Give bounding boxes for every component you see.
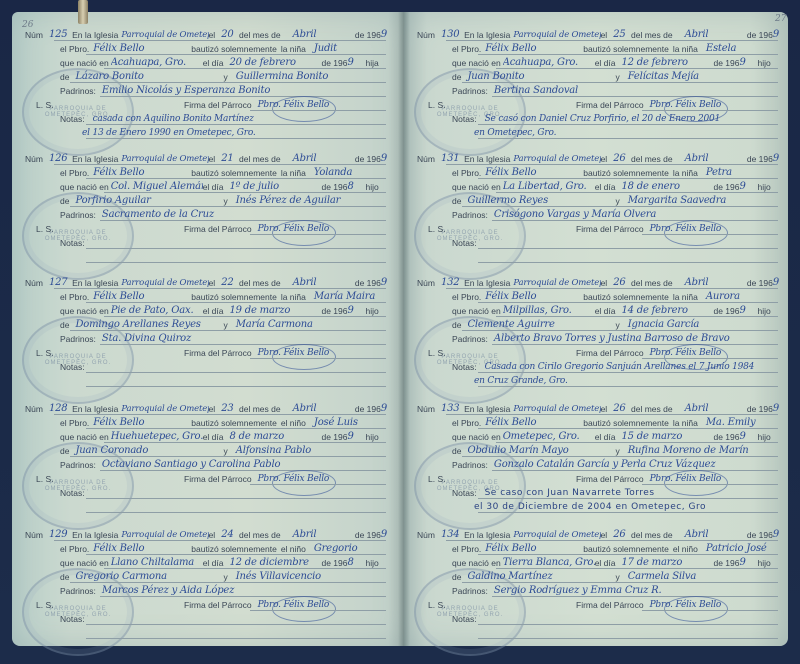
godparents-label: Padrinos:: [60, 210, 96, 220]
ruled-line: [86, 124, 386, 125]
baptized-label: bautizó solemnemente: [191, 168, 277, 178]
ruled-line: [642, 610, 778, 611]
child-gender: la niña: [281, 168, 306, 178]
day-prefix-label: el: [209, 154, 216, 164]
father-name: Porfirio Aguilar: [75, 195, 223, 206]
baptism-year-digit: 9: [381, 277, 387, 288]
father-name: Obdulio Marín Mayo: [467, 445, 615, 456]
mother-name: Margarita Saavedra: [628, 195, 726, 206]
ls-label: L. S.: [36, 224, 184, 234]
born-in-label: que nació en: [60, 306, 109, 316]
father-name: Juan Bonito: [467, 71, 615, 82]
notes-line-1: Casada con Cirilo Gregorio Sanjuán Arell…: [485, 362, 755, 372]
num-label: Núm: [417, 278, 435, 288]
baptism-month: Abril: [685, 277, 747, 288]
ruled-line: [86, 178, 386, 179]
year-label: de 196: [355, 278, 381, 288]
parents-y-label: y: [223, 72, 227, 82]
church-name: Parroquial de Ometepec: [121, 154, 208, 164]
year-label: de 196: [747, 404, 773, 414]
signature-label: Firma del Párroco: [184, 100, 252, 110]
ls-label: L. S.: [428, 600, 576, 610]
notes-line-1: Se casó con Daniel Cruz Porfirio, el 20 …: [485, 114, 721, 124]
register-entry: PARROQUIA DE OMETEPEC, GRO. Núm 132 En l…: [412, 272, 782, 396]
baptized-label: bautizó solemnemente: [583, 44, 669, 54]
priest-label: el Pbro.: [60, 44, 89, 54]
notes-line-2: en Ometepec, Gro.: [474, 128, 556, 138]
parents-y-label: y: [223, 446, 227, 456]
ls-label: L. S.: [36, 348, 184, 358]
ruled-line: [104, 568, 386, 569]
ruled-line: [462, 582, 778, 583]
parents-de-label: de: [452, 72, 461, 82]
signature-label: Firma del Párroco: [576, 224, 644, 234]
child-name: Patricio José: [706, 543, 767, 554]
baptism-day: 26: [613, 153, 631, 164]
priest-name: Félix Bello: [485, 43, 583, 54]
birth-year-label: de 196: [713, 182, 739, 192]
priest-name: Félix Bello: [93, 43, 191, 54]
baptism-day: 22: [221, 277, 239, 288]
ruled-line: [100, 96, 386, 97]
ruled-line: [104, 68, 386, 69]
ruled-line: [104, 316, 386, 317]
child-gender: el niño: [281, 418, 306, 428]
day-prefix-label: el: [601, 30, 608, 40]
priest-name: Félix Bello: [485, 417, 583, 428]
notes-line-1: Se caso con Juan Navarrete Torres: [485, 488, 655, 498]
num-label: Núm: [25, 404, 43, 414]
baptism-day: 20: [221, 29, 239, 40]
relation-label: hijo: [757, 558, 770, 568]
child-name: María Maira: [314, 291, 375, 302]
baptism-year-digit: 9: [773, 529, 779, 540]
birth-year-label: de 196: [321, 58, 347, 68]
priest-name: Félix Bello: [93, 167, 191, 178]
day-prefix-label: el: [601, 530, 608, 540]
register-entry: PARROQUIA DE OMETEPEC, GRO. Núm 126 En l…: [20, 148, 390, 272]
ruled-line: [462, 82, 778, 83]
parents-de-label: de: [60, 196, 69, 206]
birth-date: 17 de marzo: [621, 557, 713, 568]
birth-year-digit: 9: [739, 431, 753, 442]
parents-y-label: y: [223, 196, 227, 206]
baptism-year-digit: 9: [773, 403, 779, 414]
priest-name: Félix Bello: [485, 167, 583, 178]
father-name: Gregorio Carmona: [75, 571, 223, 582]
birth-day-label: el día: [595, 558, 616, 568]
church-label: En la Iglesia: [72, 154, 118, 164]
priest-label: el Pbro.: [452, 44, 481, 54]
church-name: Parroquial de Ometepec: [513, 530, 600, 540]
ruled-line: [478, 554, 778, 555]
year-label: de 196: [355, 404, 381, 414]
ruled-line: [446, 288, 778, 289]
child-gender: la niña: [673, 168, 698, 178]
notes-label: Notas:: [60, 362, 85, 372]
father-name: Domingo Arellanes Reyes: [75, 319, 223, 330]
ruled-line: [86, 262, 386, 263]
birth-date: 20 de febrero: [229, 57, 321, 68]
father-name: Lázaro Bonito: [75, 71, 223, 82]
year-label: de 196: [355, 154, 381, 164]
godparents-names: Emilio Nicolás y Esperanza Bonito: [102, 85, 270, 96]
baptism-day: 25: [613, 29, 631, 40]
register-entry: PARROQUIA DE OMETEPEC, GRO. Núm 129 En l…: [20, 524, 390, 648]
child-name: Yolanda: [314, 167, 352, 178]
child-gender: la niña: [673, 292, 698, 302]
relation-label: hijo: [365, 432, 378, 442]
baptism-month: Abril: [685, 29, 747, 40]
ruled-line: [70, 206, 386, 207]
baptized-label: bautizó solemnemente: [191, 292, 277, 302]
signature-label: Firma del Párroco: [184, 348, 252, 358]
birth-date: 1º de julio: [229, 181, 321, 192]
signature-label: Firma del Párroco: [576, 474, 644, 484]
register-entry: PARROQUIA DE OMETEPEC, GRO. Núm 128 En l…: [20, 398, 390, 522]
ruled-line: [446, 40, 778, 41]
godparents-label: Padrinos:: [60, 86, 96, 96]
parents-de-label: de: [60, 72, 69, 82]
birthplace: Acahuapa, Gro.: [503, 57, 595, 68]
ruled-line: [478, 178, 778, 179]
ruled-line: [642, 234, 778, 235]
parents-de-label: de: [60, 320, 69, 330]
ruled-line: [492, 220, 778, 221]
child-gender: la niña: [673, 418, 698, 428]
mother-name: María Carmona: [236, 319, 313, 330]
ruled-line: [446, 540, 778, 541]
ruled-line: [642, 358, 778, 359]
priest-name: Félix Bello: [93, 417, 191, 428]
ruled-line: [104, 192, 386, 193]
ruled-line: [250, 484, 386, 485]
ruled-line: [478, 512, 778, 513]
baptism-day: 23: [221, 403, 239, 414]
baptized-label: bautizó solemnemente: [583, 544, 669, 554]
church-name: Parroquial de Ometepec: [513, 404, 600, 414]
day-prefix-label: el: [601, 154, 608, 164]
ruled-line: [86, 248, 386, 249]
birth-year-digit: 9: [347, 57, 361, 68]
baptized-label: bautizó solemnemente: [191, 44, 277, 54]
birth-date: 8 de marzo: [229, 431, 321, 442]
baptism-month: Abril: [293, 153, 355, 164]
ruled-line: [86, 138, 386, 139]
ruled-line: [86, 554, 386, 555]
num-label: Núm: [25, 530, 43, 540]
notes-label: Notas:: [452, 362, 477, 372]
ruled-line: [492, 344, 778, 345]
godparents-label: Padrinos:: [452, 210, 488, 220]
ruled-line: [54, 164, 386, 165]
priest-name: Félix Bello: [93, 291, 191, 302]
ruled-line: [496, 68, 778, 69]
entry-number: 132: [441, 277, 464, 288]
baptized-label: bautizó solemnemente: [191, 544, 277, 554]
entry-number: 131: [441, 153, 464, 164]
relation-label: hijo: [757, 58, 770, 68]
birthplace: Ometepec, Gro.: [503, 431, 595, 442]
church-label: En la Iglesia: [464, 530, 510, 540]
ruled-line: [250, 110, 386, 111]
born-in-label: que nació en: [60, 182, 109, 192]
ruled-line: [54, 288, 386, 289]
born-in-label: que nació en: [60, 58, 109, 68]
birth-year-digit: 9: [739, 181, 753, 192]
birth-year-label: de 196: [321, 306, 347, 316]
birth-year-label: de 196: [713, 558, 739, 568]
ruled-line: [86, 386, 386, 387]
relation-label: hijo: [365, 558, 378, 568]
parents-de-label: de: [60, 572, 69, 582]
day-prefix-label: el: [209, 30, 216, 40]
baptism-day: 26: [613, 277, 631, 288]
num-label: Núm: [25, 154, 43, 164]
birth-date: 12 de febrero: [621, 57, 713, 68]
entry-number: 126: [49, 153, 72, 164]
birth-year-label: de 196: [321, 182, 347, 192]
num-label: Núm: [417, 530, 435, 540]
num-label: Núm: [25, 278, 43, 288]
ruled-line: [478, 386, 778, 387]
born-in-label: que nació en: [452, 182, 501, 192]
month-label: del mes de: [239, 278, 281, 288]
father-name: Clemente Aguirre: [467, 319, 615, 330]
parents-y-label: y: [223, 320, 227, 330]
father-name: Guillermo Reyes: [467, 195, 615, 206]
mother-name: Inés Pérez de Aguilar: [236, 195, 340, 206]
parents-y-label: y: [615, 320, 619, 330]
ruled-line: [492, 470, 778, 471]
birthplace: Milpillas, Gro.: [503, 305, 595, 316]
entry-number: 130: [441, 29, 464, 40]
godparents-names: Gonzalo Catalán García y Perla Cruz Vázq…: [494, 459, 716, 470]
ruled-line: [478, 638, 778, 639]
entry-number: 133: [441, 403, 464, 414]
ruled-line: [642, 110, 778, 111]
birth-year-label: de 196: [321, 558, 347, 568]
year-label: de 196: [355, 30, 381, 40]
ruled-line: [478, 124, 778, 125]
num-label: Núm: [417, 30, 435, 40]
num-label: Núm: [417, 404, 435, 414]
godparents-label: Padrinos:: [452, 334, 488, 344]
signature-label: Firma del Párroco: [184, 224, 252, 234]
ruled-line: [86, 302, 386, 303]
month-label: del mes de: [631, 278, 673, 288]
notes-line-1: casada con Aquilino Bonito Martínez: [93, 114, 254, 124]
child-gender: el niño: [673, 544, 698, 554]
priest-label: el Pbro.: [60, 292, 89, 302]
signature-label: Firma del Párroco: [576, 348, 644, 358]
baptized-label: bautizó solemnemente: [583, 168, 669, 178]
mother-name: Alfonsina Pablo: [236, 445, 311, 456]
birthplace: Llano Chiltalama: [111, 557, 203, 568]
godparents-names: Alberto Bravo Torres y Justina Barroso d…: [494, 333, 730, 344]
relation-label: hijo: [757, 182, 770, 192]
ruled-line: [478, 262, 778, 263]
godparents-label: Padrinos:: [452, 586, 488, 596]
ruled-line: [478, 372, 778, 373]
ruled-line: [478, 54, 778, 55]
baptism-year-digit: 9: [773, 277, 779, 288]
godparents-label: Padrinos:: [60, 586, 96, 596]
parents-y-label: y: [223, 572, 227, 582]
relation-label: hijo: [757, 306, 770, 316]
ruled-line: [462, 206, 778, 207]
priest-label: el Pbro.: [60, 544, 89, 554]
ruled-line: [496, 316, 778, 317]
priest-label: el Pbro.: [452, 292, 481, 302]
godparents-names: Marcos Pérez y Aida López: [102, 585, 234, 596]
baptism-month: Abril: [293, 529, 355, 540]
father-name: Juan Coronado: [75, 445, 223, 456]
birth-year-label: de 196: [321, 432, 347, 442]
child-name: Judit: [314, 43, 337, 54]
notes-label: Notas:: [452, 488, 477, 498]
birth-day-label: el día: [595, 306, 616, 316]
birth-day-label: el día: [203, 58, 224, 68]
church-name: Parroquial de Ometepec: [513, 30, 600, 40]
priest-label: el Pbro.: [452, 168, 481, 178]
birthplace: La Libertad, Gro.: [503, 181, 595, 192]
birth-year-digit: 8: [347, 557, 361, 568]
notes-label: Notas:: [60, 614, 85, 624]
father-name: Galdino Martínez: [467, 571, 615, 582]
parents-y-label: y: [615, 196, 619, 206]
mother-name: Guillermina Bonito: [236, 71, 328, 82]
notes-label: Notas:: [452, 614, 477, 624]
month-label: del mes de: [239, 30, 281, 40]
entry-number: 128: [49, 403, 72, 414]
church-label: En la Iglesia: [72, 30, 118, 40]
child-name: Gregorio: [314, 543, 358, 554]
child-name: Aurora: [706, 291, 740, 302]
year-label: de 196: [747, 530, 773, 540]
baptism-month: Abril: [293, 29, 355, 40]
birth-year-label: de 196: [713, 432, 739, 442]
ruled-line: [86, 428, 386, 429]
ruled-line: [86, 638, 386, 639]
entry-number: 125: [49, 29, 72, 40]
parents-y-label: y: [615, 572, 619, 582]
birthplace: Col. Miguel Alemán: [111, 181, 203, 192]
relation-label: hijo: [757, 432, 770, 442]
baptism-year-digit: 9: [773, 153, 779, 164]
parents-de-label: de: [452, 446, 461, 456]
birth-date: 14 de febrero: [621, 305, 713, 316]
birth-day-label: el día: [203, 558, 224, 568]
birth-day-label: el día: [595, 58, 616, 68]
child-gender: la niña: [281, 292, 306, 302]
godparents-names: Crisógono Vargas y María Olvera: [494, 209, 656, 220]
mother-name: Felícitas Mejía: [628, 71, 699, 82]
baptism-day: 26: [613, 403, 631, 414]
mother-name: Carmela Silva: [628, 571, 696, 582]
ruled-line: [86, 512, 386, 513]
ruled-line: [250, 234, 386, 235]
godparents-names: Sacramento de la Cruz: [102, 209, 214, 220]
ruled-line: [642, 484, 778, 485]
day-prefix-label: el: [601, 278, 608, 288]
ruled-line: [70, 82, 386, 83]
ls-label: L. S.: [428, 100, 576, 110]
born-in-label: que nació en: [452, 558, 501, 568]
church-label: En la Iglesia: [464, 404, 510, 414]
ruled-line: [100, 596, 386, 597]
ls-label: L. S.: [36, 474, 184, 484]
baptized-label: bautizó solemnemente: [583, 418, 669, 428]
year-label: de 196: [747, 154, 773, 164]
church-name: Parroquial de Ometepec: [513, 278, 600, 288]
priest-name: Félix Bello: [485, 543, 583, 554]
notes-label: Notas:: [452, 114, 477, 124]
ruled-line: [478, 248, 778, 249]
ruled-line: [446, 414, 778, 415]
notes-line-2: en Cruz Grande, Gro.: [474, 376, 568, 386]
ruled-line: [478, 428, 778, 429]
baptism-month: Abril: [293, 277, 355, 288]
month-label: del mes de: [239, 404, 281, 414]
church-name: Parroquial de Ometepec: [121, 404, 208, 414]
child-name: Ma. Emily: [706, 417, 756, 428]
parents-y-label: y: [615, 446, 619, 456]
entry-number: 127: [49, 277, 72, 288]
priest-name: Félix Bello: [93, 543, 191, 554]
birth-date: 18 de enero: [621, 181, 713, 192]
birth-year-label: de 196: [713, 306, 739, 316]
birth-year-digit: 9: [739, 305, 753, 316]
baptism-year-digit: 9: [381, 403, 387, 414]
day-prefix-label: el: [209, 530, 216, 540]
relation-label: hijo: [365, 306, 378, 316]
ruled-line: [70, 456, 386, 457]
baptism-month: Abril: [685, 529, 747, 540]
notes-line-2: el 13 de Enero 1990 en Ometepec, Gro.: [82, 128, 256, 138]
birth-day-label: el día: [203, 306, 224, 316]
church-name: Parroquial de Ometepec: [121, 278, 208, 288]
mother-name: Rufina Moreno de Marín: [628, 445, 749, 456]
baptism-year-digit: 9: [381, 29, 387, 40]
baptism-month: Abril: [685, 403, 747, 414]
birthplace: Tierra Blanca, Gro.: [503, 557, 595, 568]
notes-label: Notas:: [452, 238, 477, 248]
godparents-label: Padrinos:: [452, 86, 488, 96]
church-label: En la Iglesia: [464, 30, 510, 40]
birth-year-label: de 196: [713, 58, 739, 68]
ls-label: L. S.: [428, 348, 576, 358]
month-label: del mes de: [239, 154, 281, 164]
ruled-line: [250, 610, 386, 611]
ruled-line: [100, 344, 386, 345]
month-label: del mes de: [631, 154, 673, 164]
ruled-line: [100, 470, 386, 471]
born-in-label: que nació en: [452, 58, 501, 68]
ruled-line: [104, 442, 386, 443]
ruled-line: [70, 330, 386, 331]
baptized-label: bautizó solemnemente: [191, 418, 277, 428]
register-entry: PARROQUIA DE OMETEPEC, GRO. Núm 134 En l…: [412, 524, 782, 648]
book-gutter: [398, 12, 410, 646]
baptism-day: 21: [221, 153, 239, 164]
birth-date: 19 de marzo: [229, 305, 321, 316]
baptism-year-digit: 9: [773, 29, 779, 40]
signature-label: Firma del Párroco: [576, 100, 644, 110]
parents-de-label: de: [452, 320, 461, 330]
num-label: Núm: [417, 154, 435, 164]
register-entry: PARROQUIA DE OMETEPEC, GRO. Núm 130 En l…: [412, 24, 782, 148]
